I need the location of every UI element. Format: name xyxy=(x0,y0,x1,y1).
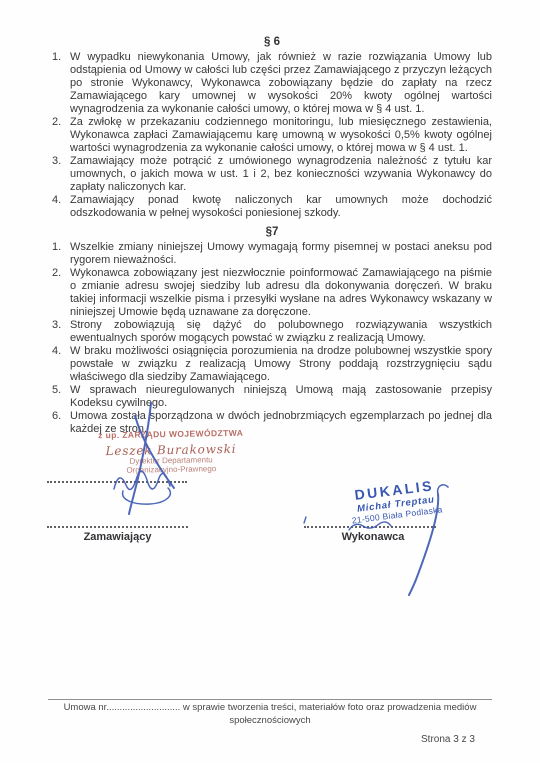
signature-dotted-line xyxy=(304,526,436,528)
clause-text: Strony zobowiązują się dążyć do polubown… xyxy=(70,319,492,344)
clause-number: 2. xyxy=(52,116,61,129)
list-item: 2. Za zwłokę w przekazaniu codziennego m… xyxy=(52,116,492,155)
clause-text: Zamawiający może potrącić z umówionego w… xyxy=(70,155,492,193)
clause-text: Wszelkie zmiany niniejszej Umowy wymagaj… xyxy=(70,241,492,266)
list-item: 3. Strony zobowiązują się dążyć do polub… xyxy=(52,319,492,345)
contract-body: § 6 1. W wypadku niewykonania Umowy, jak… xyxy=(52,36,492,436)
clause-text: W braku możliwości osiągnięcia porozumie… xyxy=(70,345,492,383)
section-6-list: 1. W wypadku niewykonania Umowy, jak rów… xyxy=(52,51,492,220)
footer-text: Umowa nr............................ w s… xyxy=(50,702,490,727)
signature-dotted-line xyxy=(47,526,188,528)
list-item: 3. Zamawiający może potrącić z umówioneg… xyxy=(52,155,492,194)
clause-number: 1. xyxy=(52,241,61,254)
stamp-signer-title: Organizacyjno-Prawnego xyxy=(86,464,256,475)
clause-text: Za zwłokę w przekazaniu codziennego moni… xyxy=(70,116,492,154)
stamp-authority-line: z up. ZARZĄDU WOJEWÓDZTWA xyxy=(86,428,256,441)
clause-number: 4. xyxy=(52,194,61,207)
list-item: 2. Wykonawca zobowiązany jest niezwłoczn… xyxy=(52,267,492,319)
list-item: 1. Wszelkie zmiany niniejszej Umowy wyma… xyxy=(52,241,492,267)
list-item: 4. Zamawiający ponad kwotę naliczonych k… xyxy=(52,194,492,220)
clause-text: W sprawach nieuregulowanych niniejszą Um… xyxy=(70,384,492,409)
clause-number: 2. xyxy=(52,267,61,280)
section-6-heading: § 6 xyxy=(52,36,492,48)
clause-number: 6. xyxy=(52,410,61,423)
footer-divider xyxy=(48,699,492,700)
section-7-heading: §7 xyxy=(52,226,492,238)
clause-text: W wypadku niewykonania Umowy, jak równie… xyxy=(70,51,492,115)
clause-number: 3. xyxy=(52,319,61,332)
official-red-stamp: z up. ZARZĄDU WOJEWÓDZTWA Leszek Burakow… xyxy=(86,428,257,476)
clause-number: 3. xyxy=(52,155,61,168)
document-page: § 6 1. W wypadku niewykonania Umowy, jak… xyxy=(0,0,540,763)
company-stamp: DUKALIS Michał Treptau 21-500 Biała Podl… xyxy=(326,474,465,528)
footer-line-1: Umowa nr............................ w s… xyxy=(50,702,490,715)
section-7-list: 1. Wszelkie zmiany niniejszej Umowy wyma… xyxy=(52,241,492,436)
clause-number: 4. xyxy=(52,345,61,358)
signature-label-zamawiajacy: Zamawiający xyxy=(47,531,188,543)
signature-dotted-line xyxy=(47,481,187,483)
list-item: 1. W wypadku niewykonania Umowy, jak rów… xyxy=(52,51,492,116)
signature-label-wykonawca: Wykonawca xyxy=(304,531,442,543)
clause-text: Zamawiający ponad kwotę naliczonych kar … xyxy=(70,194,492,219)
clause-number: 1. xyxy=(52,51,61,64)
clause-text: Wykonawca zobowiązany jest niezwłocznie … xyxy=(70,267,492,318)
footer-line-2: społecznościowych xyxy=(50,715,490,728)
list-item: 5. W sprawach nieuregulowanych niniejszą… xyxy=(52,384,492,410)
list-item: 4. W braku możliwości osiągnięcia porozu… xyxy=(52,345,492,384)
page-number: Strona 3 z 3 xyxy=(421,734,475,745)
clause-number: 5. xyxy=(52,384,61,397)
